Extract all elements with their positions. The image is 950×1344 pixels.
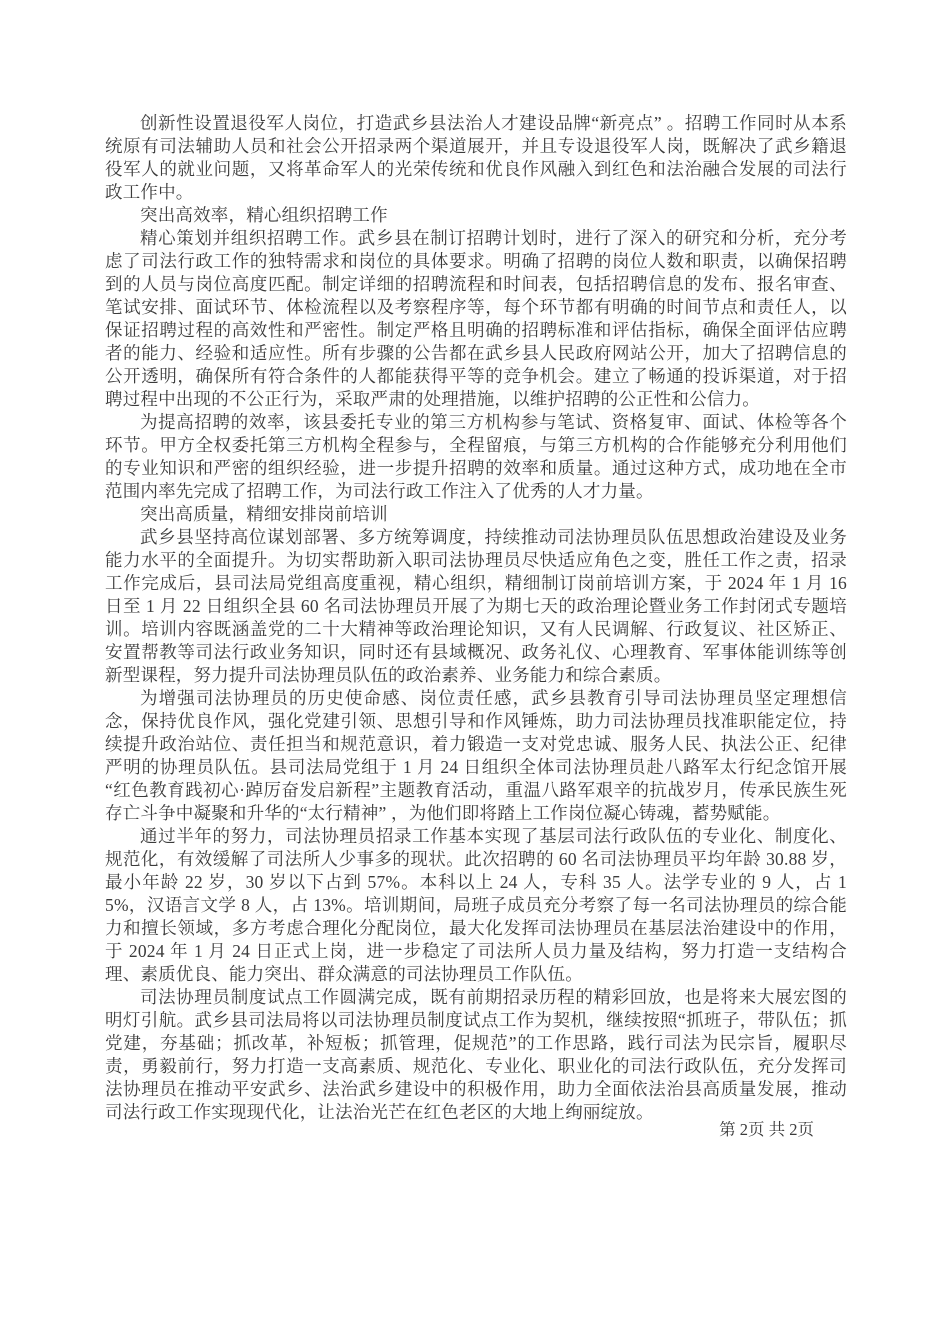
- paragraph-pre-job-training: 武乡县坚持高位谋划部署、多方统筹调度，持续推动司法协理员队伍思想政治建设及业务能…: [105, 526, 847, 687]
- page-number-indicator: 第 2页 共 2页: [719, 1118, 814, 1141]
- section-heading-efficiency: 突出高效率，精心组织招聘工作: [105, 204, 847, 227]
- document-body: 创新性设置退役军人岗位，打造武乡县法治人才建设品牌“新亮点” 。招聘工作同时从本…: [105, 112, 847, 1124]
- paragraph-recruitment-results: 通过半年的努力，司法协理员招录工作基本实现了基层司法行政队伍的专业化、制度化、规…: [105, 825, 847, 986]
- paragraph-third-party-agency: 为提高招聘的效率，该县委托专业的第三方机构参与笔试、资格复审、面试、体检等各个环…: [105, 411, 847, 503]
- paragraph-recruitment-planning: 精心策划并组织招聘工作。武乡县在制订招聘计划时，进行了深入的研究和分析，充分考虑…: [105, 227, 847, 411]
- document-page: 创新性设置退役军人岗位，打造武乡县法治人才建设品牌“新亮点” 。招聘工作同时从本…: [0, 0, 950, 1344]
- paragraph-education-activity: 为增强司法协理员的历史使命感、岗位责任感，武乡县教育引导司法协理员坚定理想信念，…: [105, 687, 847, 825]
- section-heading-quality-training: 突出高质量，精细安排岗前培训: [105, 503, 847, 526]
- paragraph-recruit-veteran-posts: 创新性设置退役军人岗位，打造武乡县法治人才建设品牌“新亮点” 。招聘工作同时从本…: [105, 112, 847, 204]
- paragraph-conclusion: 司法协理员制度试点工作圆满完成，既有前期招录历程的精彩回放，也是将来大展宏图的明…: [105, 986, 847, 1124]
